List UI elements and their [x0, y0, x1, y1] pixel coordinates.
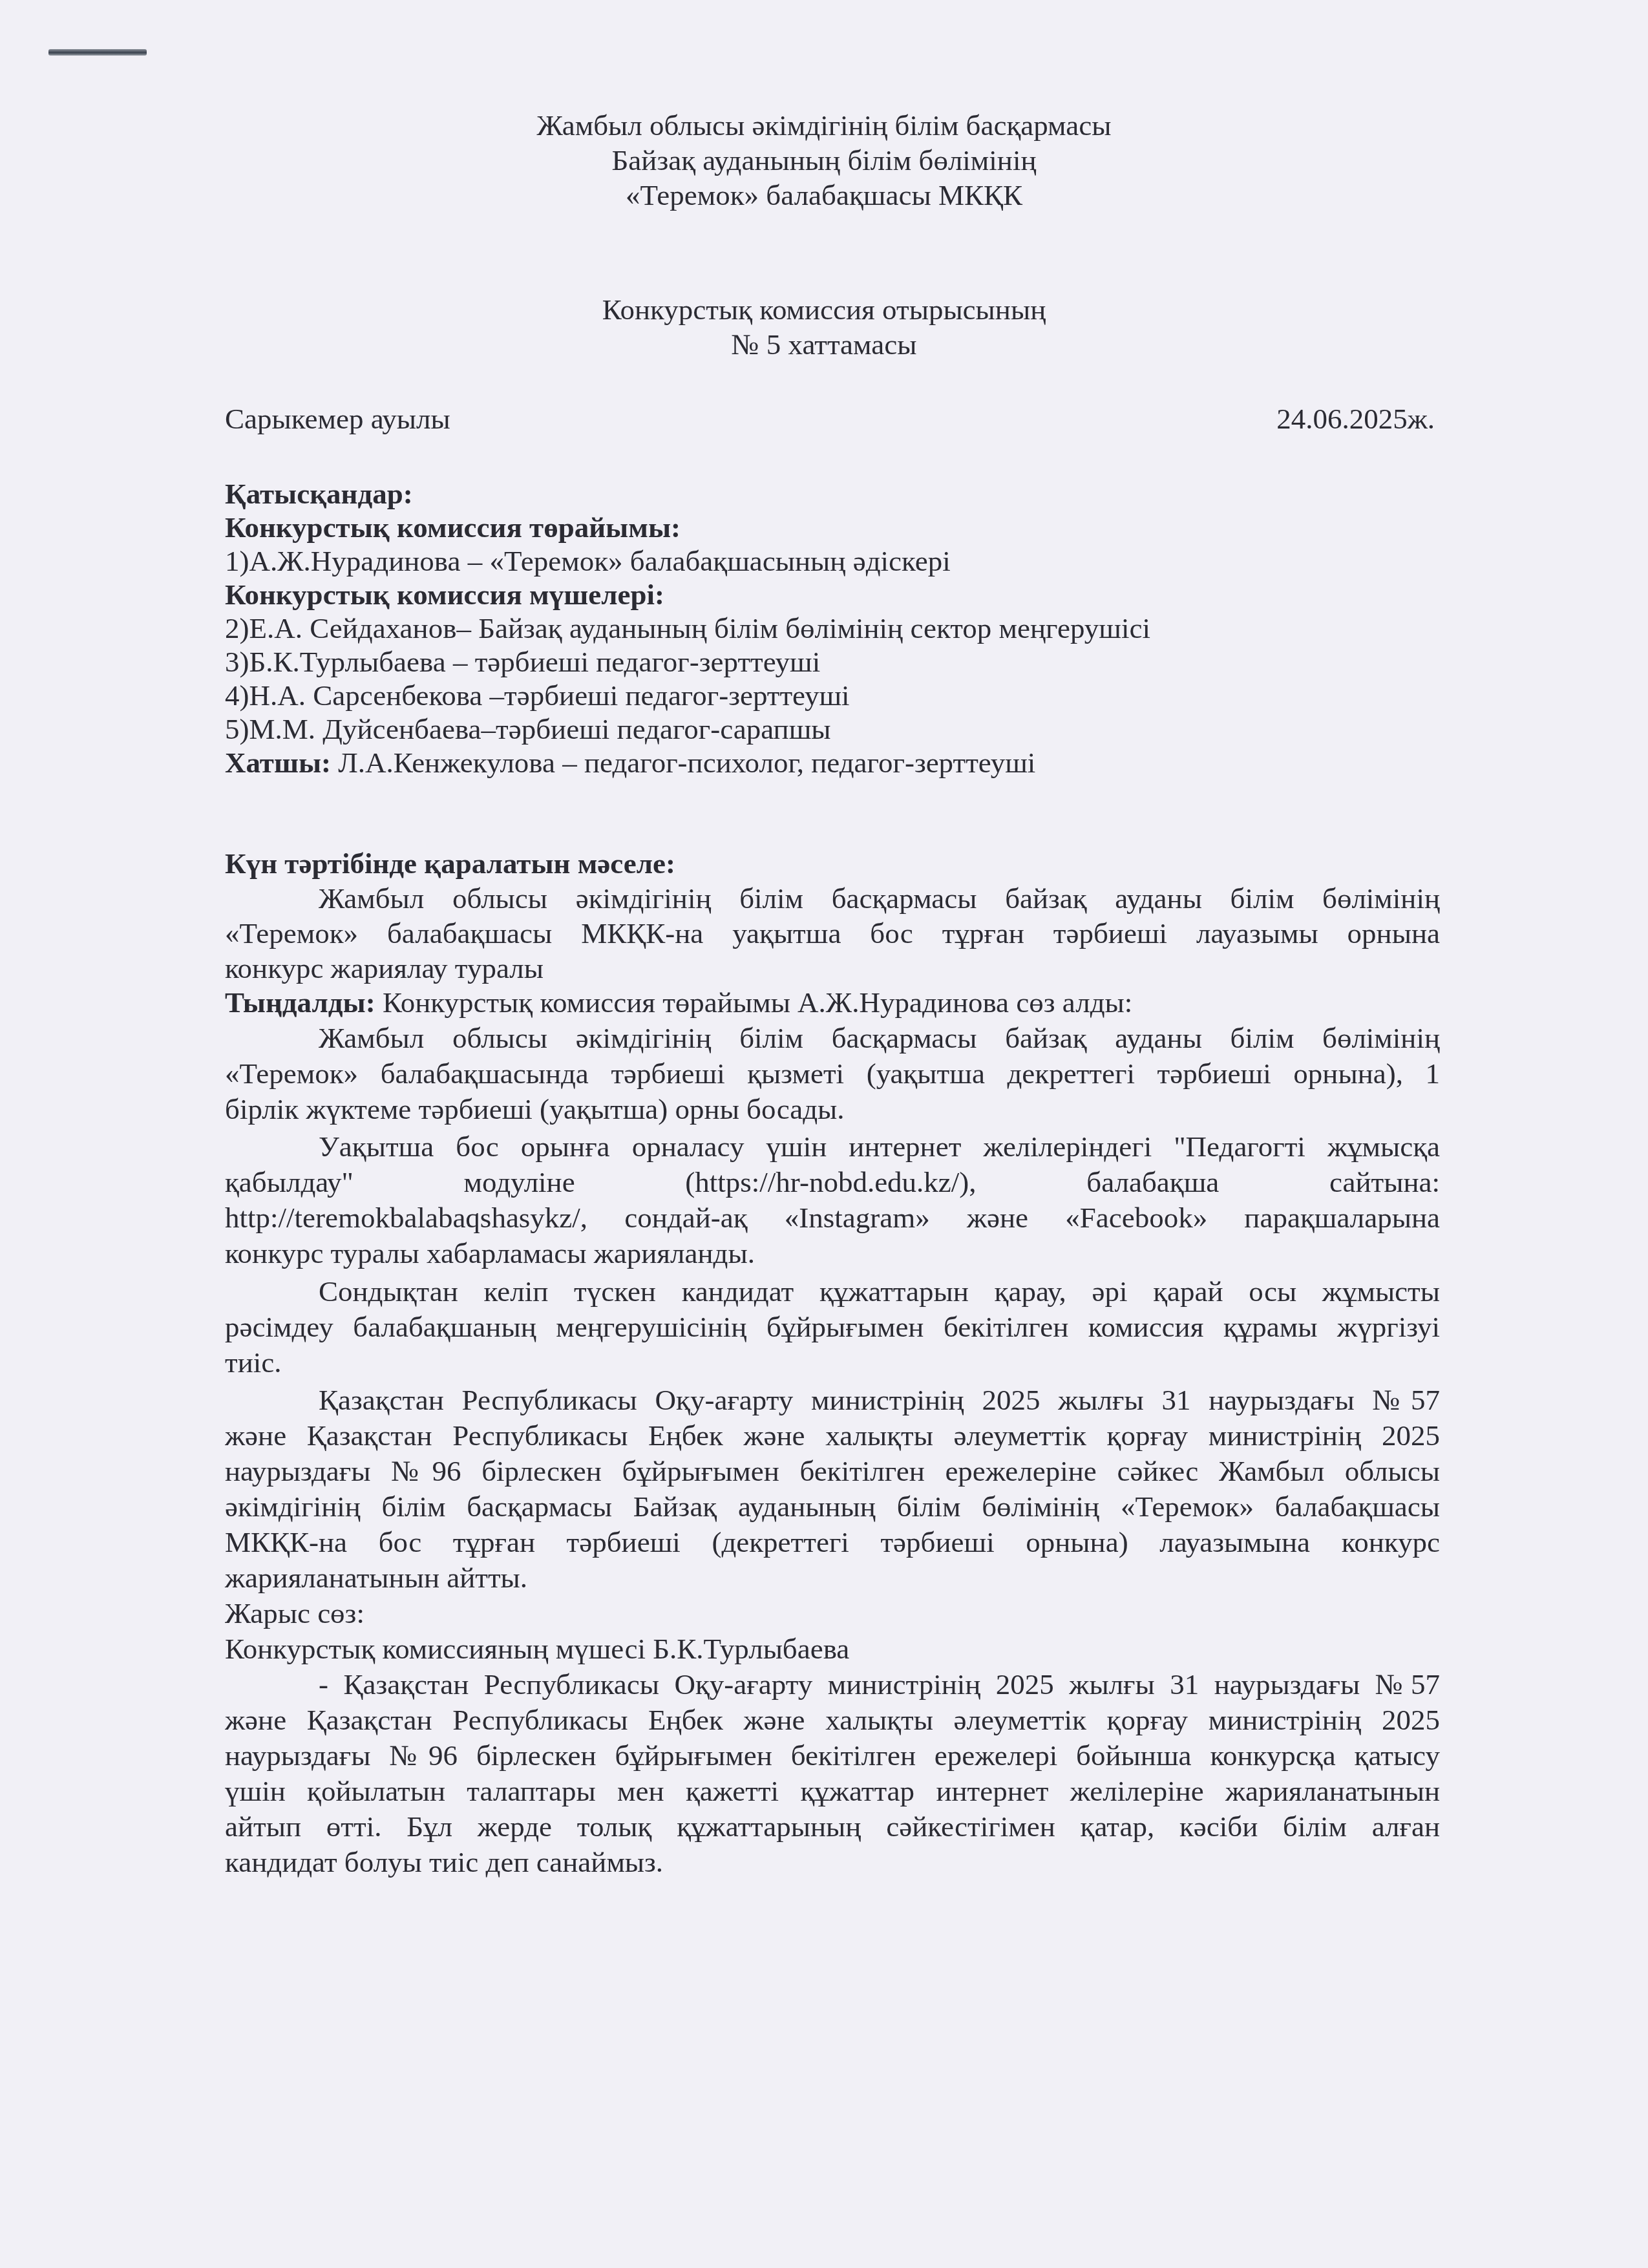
paragraph-line: бірлік жүктеме тәрбиеші (уақытша) орны б…	[225, 1092, 1440, 1126]
paragraph-line: http://teremokbalabaqshasykz/, сондай-ақ…	[225, 1201, 1440, 1235]
org-line-2: Байзақ ауданының білім бөлімінің	[0, 143, 1648, 177]
debate-line: үшін қойылатын талаптары мен қажетті құж…	[225, 1774, 1440, 1808]
paragraph-line: «Теремок» балабақшасында тәрбиеші қызмет…	[225, 1057, 1440, 1090]
paragraph-line: Сондықтан келіп түскен кандидат құжаттар…	[225, 1275, 1440, 1308]
paragraph-line: Қазақстан Республикасы Оқу-ағарту минист…	[225, 1383, 1440, 1417]
secretary-entry: Хатшы: Л.А.Кенжекулова – педагог-психоло…	[225, 746, 1440, 779]
member-entry: 5)М.М. Дуйсенбаева–тәрбиеші педагог-сара…	[225, 712, 1440, 746]
org-line-1: Жамбыл облысы әкімдігінің білім басқарма…	[0, 109, 1648, 142]
paragraph-line: конкурс туралы хабарламасы жарияланды.	[225, 1236, 1440, 1270]
participants-heading: Қатысқандар:	[225, 477, 1440, 511]
debate-heading: Жарыс сөз:	[225, 1596, 1440, 1630]
meeting-date: 24.06.2025ж.	[1276, 402, 1435, 436]
paragraph-line: МКҚК-на бос тұрған тәрбиеші (декреттегі …	[225, 1525, 1440, 1559]
agenda-heading: Күн тәртібінде қаралатын мәселе:	[225, 847, 1440, 880]
members-heading: Конкурстық комиссия мүшелері:	[225, 578, 1440, 611]
debate-line: және Қазақстан Республикасы Еңбек және х…	[225, 1703, 1440, 1737]
debate-line: - Қазақстан Республикасы Оқу-ағарту мини…	[225, 1668, 1440, 1701]
paragraph-line: Жамбыл облысы әкімдігінің білім басқарма…	[225, 1021, 1440, 1055]
agenda-line: конкурс жариялау туралы	[225, 951, 1440, 985]
agenda-line: Жамбыл облысы әкімдігінің білім басқарма…	[225, 882, 1440, 915]
chair-heading: Конкурстық комиссия төрайымы:	[225, 511, 1440, 544]
paragraph-line: Уақытша бос орынға орналасу үшін интерне…	[225, 1130, 1440, 1163]
heard-label: Тыңдалды:	[225, 986, 375, 1019]
heard-line: Тыңдалды: Конкурстық комиссия төрайымы А…	[225, 986, 1440, 1019]
paragraph-line: және Қазақстан Республикасы Еңбек және х…	[225, 1419, 1440, 1452]
debate-line: наурыздағы №96 бірлескен бұйрығымен бекі…	[225, 1739, 1440, 1772]
paragraph-line: қабылдау" модуліне (https://hr-nobd.edu.…	[225, 1165, 1440, 1199]
debate-speaker: Конкурстық комиссияның мүшесі Б.К.Турлыб…	[225, 1632, 1440, 1666]
heard-text: Конкурстық комиссия төрайымы А.Ж.Нурадин…	[375, 986, 1133, 1019]
secretary-label: Хатшы:	[225, 747, 331, 779]
agenda-line: «Теремок» балабақшасы МКҚК-на уақытша бо…	[225, 917, 1440, 950]
debate-line: айтып өтті. Бұл жерде толық құжаттарының…	[225, 1810, 1440, 1843]
org-line-3: «Теремок» балабақшасы МКҚК	[0, 178, 1648, 212]
debate-line: кандидат болуы тиіс деп санаймыз.	[225, 1845, 1440, 1879]
member-entry: 4)Н.А. Сарсенбекова –тәрбиеші педагог-зе…	[225, 679, 1440, 712]
paragraph-line: наурыздағы №96 бірлескен бұйрығымен бекі…	[225, 1454, 1440, 1488]
member-entry: 2)Е.А. Сейдаханов– Байзақ ауданының білі…	[225, 611, 1440, 645]
paragraph-line: рәсімдеу балабақшаның меңгерушісінің бұй…	[225, 1310, 1440, 1344]
staple-mark	[48, 49, 147, 56]
member-entry: 3)Б.К.Турлыбаева – тәрбиеші педагог-зерт…	[225, 645, 1440, 679]
paragraph-line: тиіс.	[225, 1346, 1440, 1379]
paragraph-line: жарияланатынын айтты.	[225, 1561, 1440, 1595]
secretary-name: Л.А.Кенжекулова – педагог-психолог, педа…	[331, 747, 1035, 779]
document-title-line-1: Конкурстық комиссия отырысының	[0, 293, 1648, 326]
meeting-place: Сарыкемер ауылы	[225, 402, 1440, 436]
document-title-line-2: № 5 хаттамасы	[0, 328, 1648, 361]
paragraph-line: әкімдігінің білім басқармасы Байзақ ауда…	[225, 1490, 1440, 1523]
chair-entry: 1)А.Ж.Нурадинова – «Теремок» балабақшасы…	[225, 544, 1440, 578]
